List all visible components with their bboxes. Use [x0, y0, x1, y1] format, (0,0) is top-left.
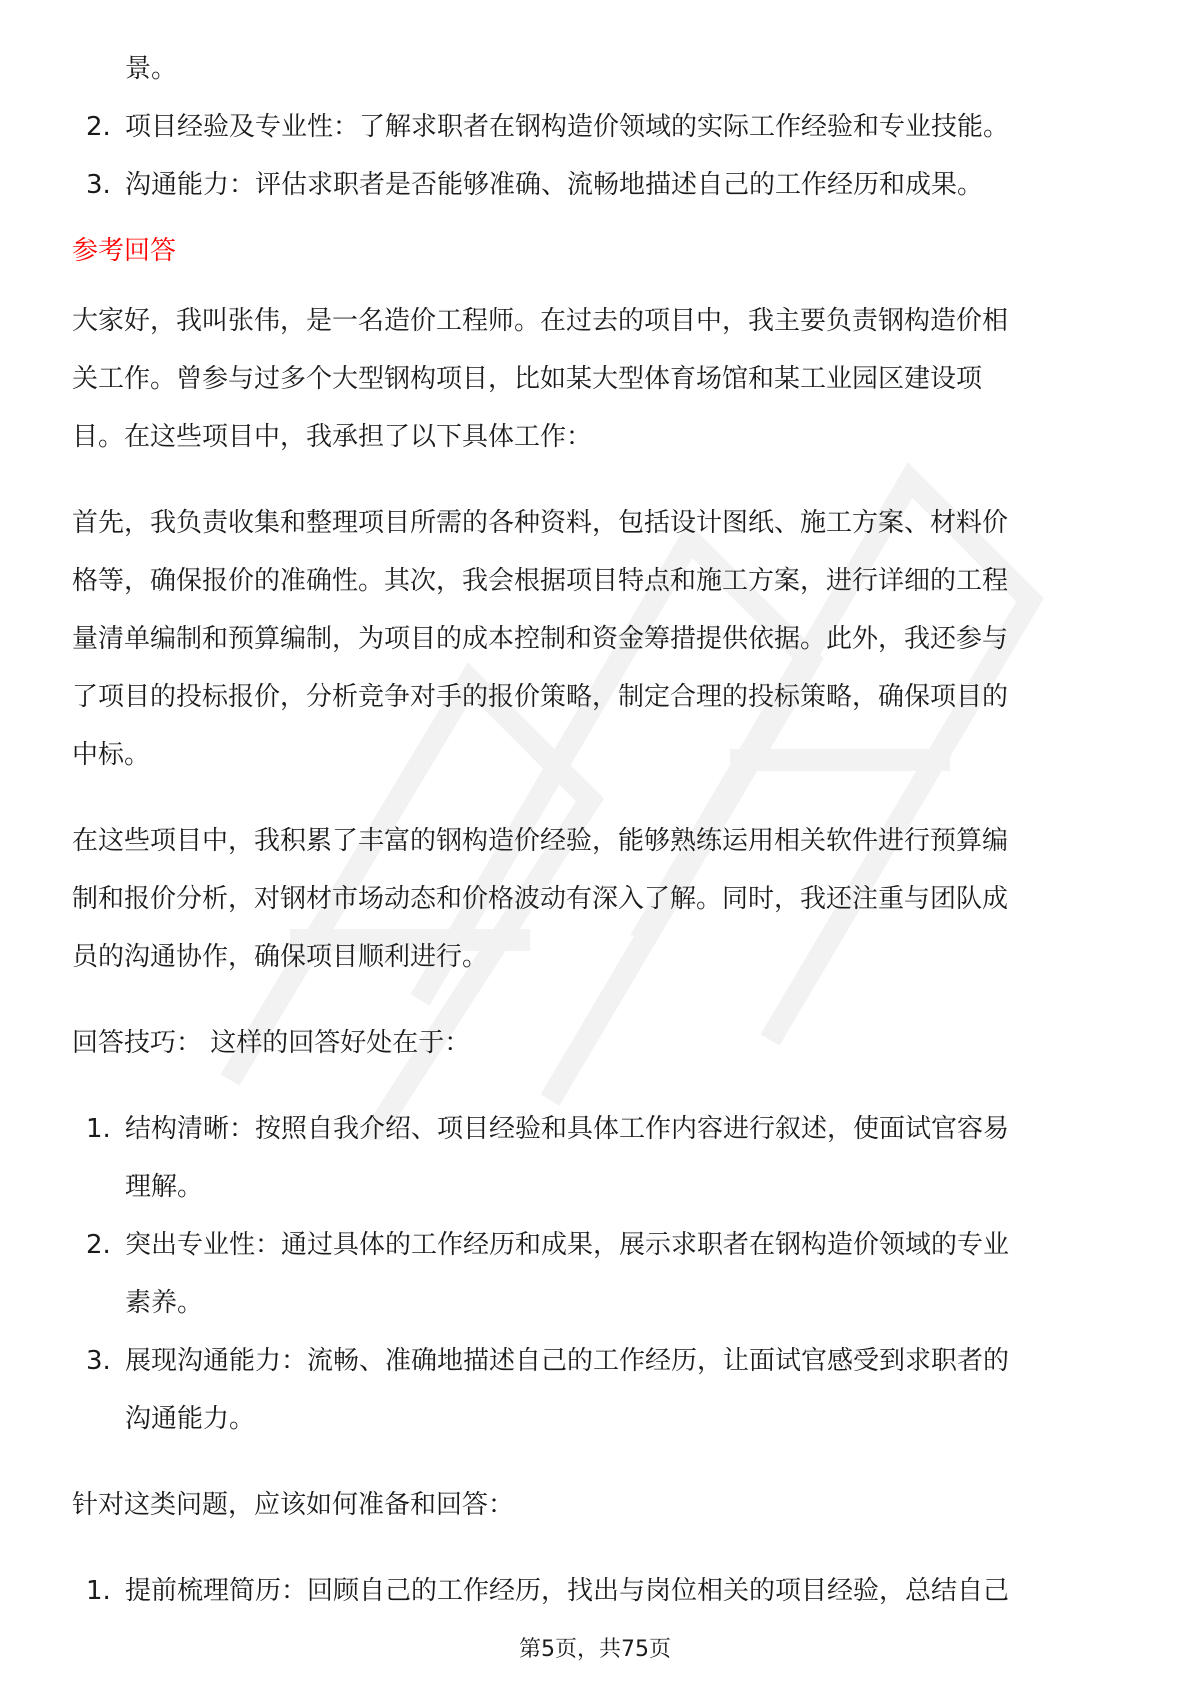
tips-intro: 回答技巧： 这样的回答好处在于：	[72, 1014, 1122, 1072]
list-item: 1. 结构清晰：按照自我介绍、项目经验和具体工作内容进行叙述，使面试官容易	[72, 1100, 1122, 1158]
prep-intro: 针对这类问题，应该如何准备和回答：	[72, 1476, 1122, 1534]
list-item: 2. 突出专业性：通过具体的工作经历和成果，展示求职者在钢构造价领域的专业	[72, 1216, 1122, 1274]
continued-list-item: 景。	[72, 40, 1122, 98]
list-item: 2. 项目经验及专业性：了解求职者在钢构造价领域的实际工作经验和专业技能。	[72, 98, 1122, 156]
list-item: 3. 展现沟通能力：流畅、准确地描述自己的工作经历，让面试官感受到求职者的	[72, 1332, 1122, 1390]
answer-paragraph: 首先，我负责收集和整理项目所需的各种资料，包括设计图纸、施工方案、材料价 格等，…	[72, 494, 1122, 784]
document-page: 景。 2. 项目经验及专业性：了解求职者在钢构造价领域的实际工作经验和专业技能。…	[0, 0, 1190, 1684]
document-content: 景。 2. 项目经验及专业性：了解求职者在钢构造价领域的实际工作经验和专业技能。…	[72, 40, 1122, 1620]
answer-paragraph: 大家好，我叫张伟，是一名造价工程师。在过去的项目中，我主要负责钢构造价相 关工作…	[72, 292, 1122, 466]
answer-paragraph: 在这些项目中，我积累了丰富的钢构造价经验，能够熟练运用相关软件进行预算编 制和报…	[72, 812, 1122, 986]
section-heading: 参考回答	[72, 222, 1122, 280]
list-item: 1. 提前梳理简历：回顾自己的工作经历，找出与岗位相关的项目经验，总结自己	[72, 1562, 1122, 1620]
tips-list: 1. 结构清晰：按照自我介绍、项目经验和具体工作内容进行叙述，使面试官容易 理解…	[72, 1100, 1122, 1448]
page-number: 第5页，共75页	[0, 1632, 1190, 1663]
list-item: 3. 沟通能力：评估求职者是否能够准确、流畅地描述自己的工作经历和成果。	[72, 156, 1122, 214]
